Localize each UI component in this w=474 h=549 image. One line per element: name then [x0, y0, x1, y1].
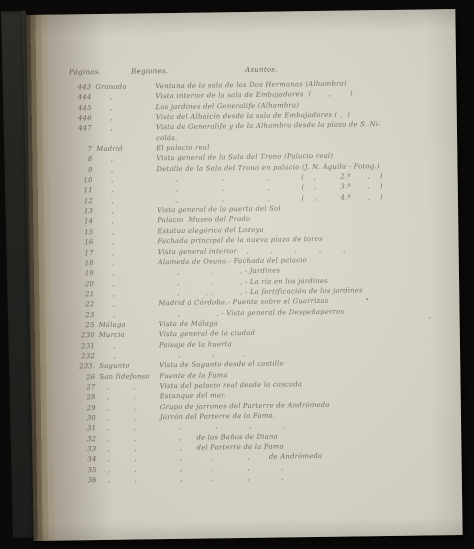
page-number: 13	[55, 206, 93, 217]
page-number: 30	[58, 413, 96, 424]
page-number: 16	[55, 237, 93, 248]
book-page: Páginas. Regiones. Asuntos. 443 Granada …	[26, 9, 462, 541]
page-number: 9	[54, 165, 92, 176]
page-number: 443	[53, 82, 91, 93]
page-number: 36	[59, 475, 97, 486]
page-number: 231	[57, 341, 95, 352]
page-number: 25	[57, 320, 95, 331]
page-number: 29	[58, 403, 96, 414]
page-number: 8	[54, 155, 92, 166]
page-number: 35	[59, 465, 97, 476]
page-number: 12	[55, 196, 93, 207]
page-number: 34	[58, 454, 96, 465]
page-number: 19	[56, 268, 94, 279]
page-number: 28	[58, 392, 96, 403]
page-number: 32	[58, 434, 96, 445]
column-header-regions: Regiones.	[131, 67, 168, 76]
index-entries: 443 Granada Ventana de la sala de las Do…	[53, 77, 457, 486]
page-number: 447	[54, 123, 92, 144]
photo-speck	[206, 295, 207, 296]
page-number: 445	[54, 103, 92, 114]
index-page-content: Páginas. Regiones. Asuntos. 443 Granada …	[52, 9, 459, 541]
page-number: 10	[55, 175, 93, 186]
page-number: 232	[57, 351, 95, 362]
page-number: 230	[57, 330, 95, 341]
page-number: 15	[55, 227, 93, 238]
page-number: 18	[56, 258, 94, 269]
book-photo: Páginas. Regiones. Asuntos. 443 Granada …	[0, 0, 474, 549]
region-name: ,	[92, 123, 156, 145]
page-number: 31	[58, 423, 96, 434]
page-number: 444	[53, 92, 91, 103]
page-number: 23	[56, 310, 94, 321]
column-header-pages: Páginas.	[69, 68, 101, 76]
column-headers: Páginas. Regiones. Asuntos.	[52, 9, 452, 15]
page-number: 14	[55, 217, 93, 228]
page-number: 33	[58, 444, 96, 455]
page-number: 21	[56, 289, 94, 300]
page-number: 22	[56, 299, 94, 310]
page-number: 7	[54, 144, 92, 155]
column-header-subjects: Asuntos.	[245, 66, 278, 74]
page-number: 20	[56, 279, 94, 290]
photo-speck	[429, 317, 431, 318]
photo-speck	[366, 298, 368, 300]
page-number: 26	[57, 372, 95, 383]
page-number: 17	[56, 248, 94, 259]
page-number: 27	[57, 382, 95, 393]
page-number: 11	[55, 186, 93, 197]
region-name: , ,	[97, 474, 161, 485]
page-number: 446	[54, 113, 92, 124]
page-number: 233.	[57, 361, 95, 372]
